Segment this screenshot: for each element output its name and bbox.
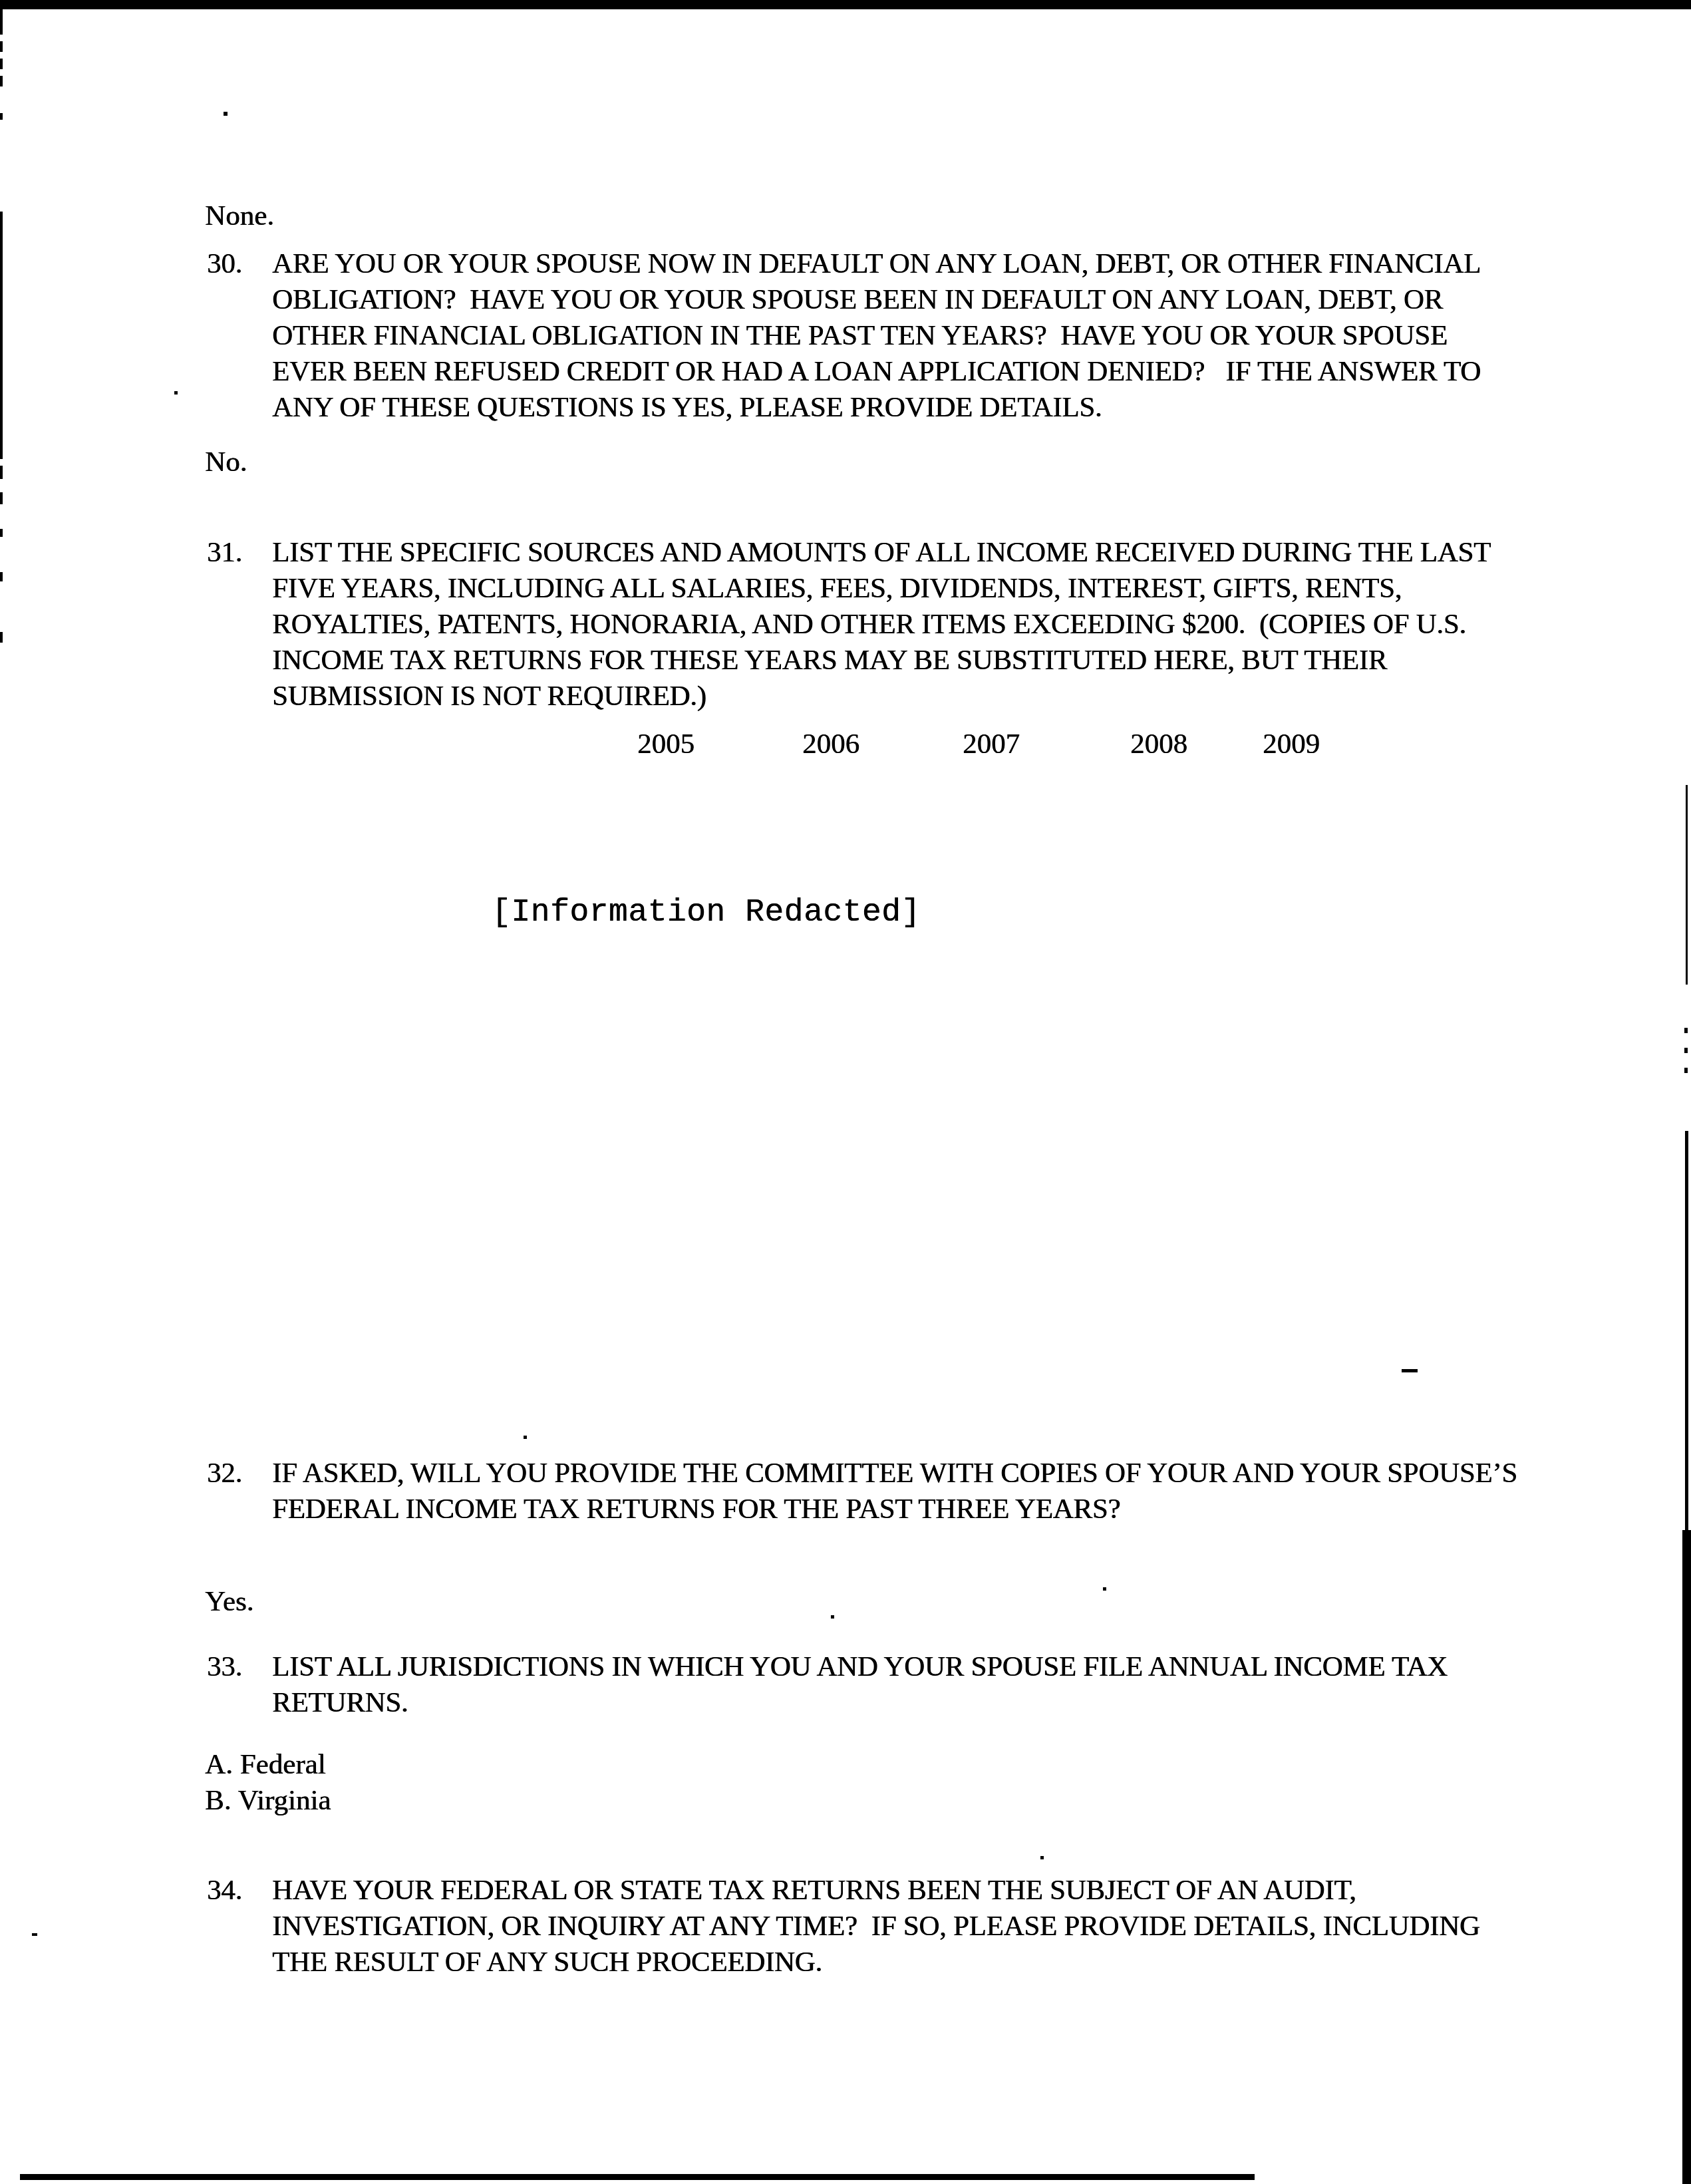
scan-speck [1103, 1587, 1106, 1591]
scan-speck [524, 1436, 527, 1439]
scan-left-edge [0, 529, 3, 537]
year-label: 2009 [1263, 726, 1320, 762]
year-label: 2006 [802, 726, 859, 762]
scan-right-edge [1685, 1131, 1688, 1530]
scan-speck [1264, 655, 1267, 658]
question-text: IF ASKED, WILL YOU PROVIDE THE COMMITTEE… [272, 1456, 1517, 1527]
redaction-note: [Information Redacted] [492, 894, 921, 931]
scan-speck [831, 1615, 834, 1619]
scan-speck [224, 112, 228, 116]
answer-none: None. [205, 198, 274, 234]
scan-left-edge [0, 466, 3, 479]
scan-right-edge [1686, 785, 1688, 985]
scan-bottom-edge [20, 2174, 1255, 2180]
scan-speck [1040, 1856, 1044, 1859]
scan-right-edge [1684, 1068, 1688, 1073]
year-label: 2005 [637, 726, 694, 762]
question-32: 32. IF ASKED, WILL YOU PROVIDE THE COMMI… [207, 1456, 1484, 1527]
question-30: 30. ARE YOU OR YOUR SPOUSE NOW IN DEFAUL… [207, 246, 1484, 426]
question-text: LIST THE SPECIFIC SOURCES AND AMOUNTS OF… [272, 535, 1491, 714]
answer-text: No. [205, 444, 247, 480]
scan-dash [1402, 1369, 1418, 1372]
scan-left-edge [0, 212, 3, 459]
scan-right-edge [1682, 1530, 1691, 2184]
scan-right-edge [1684, 1048, 1688, 1053]
answer-yes: Yes. [205, 1584, 253, 1620]
question-number: 31. [207, 535, 272, 714]
scan-right-edge [1684, 1028, 1688, 1033]
scan-left-edge [0, 492, 3, 504]
question-number: 32. [207, 1456, 272, 1527]
scan-left-edge [0, 113, 3, 120]
scan-left-edge [0, 572, 3, 581]
answer-text: Yes. [205, 1584, 253, 1620]
question-text: HAVE YOUR FEDERAL OR STATE TAX RETURNS B… [272, 1873, 1484, 1980]
scan-speck [174, 391, 178, 394]
year-label: 2008 [1130, 726, 1187, 762]
question-text: LIST ALL JURISDICTIONS IN WHICH YOU AND … [272, 1649, 1484, 1721]
jurisdiction-list: A. FederalB. Virginia [205, 1747, 331, 1819]
scan-left-edge [0, 0, 3, 35]
question-number: 30. [207, 246, 272, 426]
question-34: 34. HAVE YOUR FEDERAL OR STATE TAX RETUR… [207, 1873, 1484, 1980]
scan-speck [32, 1933, 37, 1936]
question-number: 33. [207, 1649, 272, 1721]
question-text: ARE YOU OR YOUR SPOUSE NOW IN DEFAULT ON… [272, 246, 1484, 426]
answer-no: No. [205, 444, 247, 480]
question-33: 33. LIST ALL JURISDICTIONS IN WHICH YOU … [207, 1649, 1484, 1721]
scan-left-edge [0, 59, 3, 69]
year-label: 2007 [963, 726, 1020, 762]
scan-left-edge [0, 41, 3, 52]
scan-left-edge [0, 632, 3, 643]
scan-left-edge [0, 76, 3, 86]
question-31: 31. LIST THE SPECIFIC SOURCES AND AMOUNT… [207, 535, 1484, 714]
question-number: 34. [207, 1873, 272, 1980]
scanned-document-page: None. 30. ARE YOU OR YOUR SPOUSE NOW IN … [0, 0, 1691, 2184]
answer-text: None. [205, 198, 274, 234]
scan-top-edge [0, 0, 1691, 9]
